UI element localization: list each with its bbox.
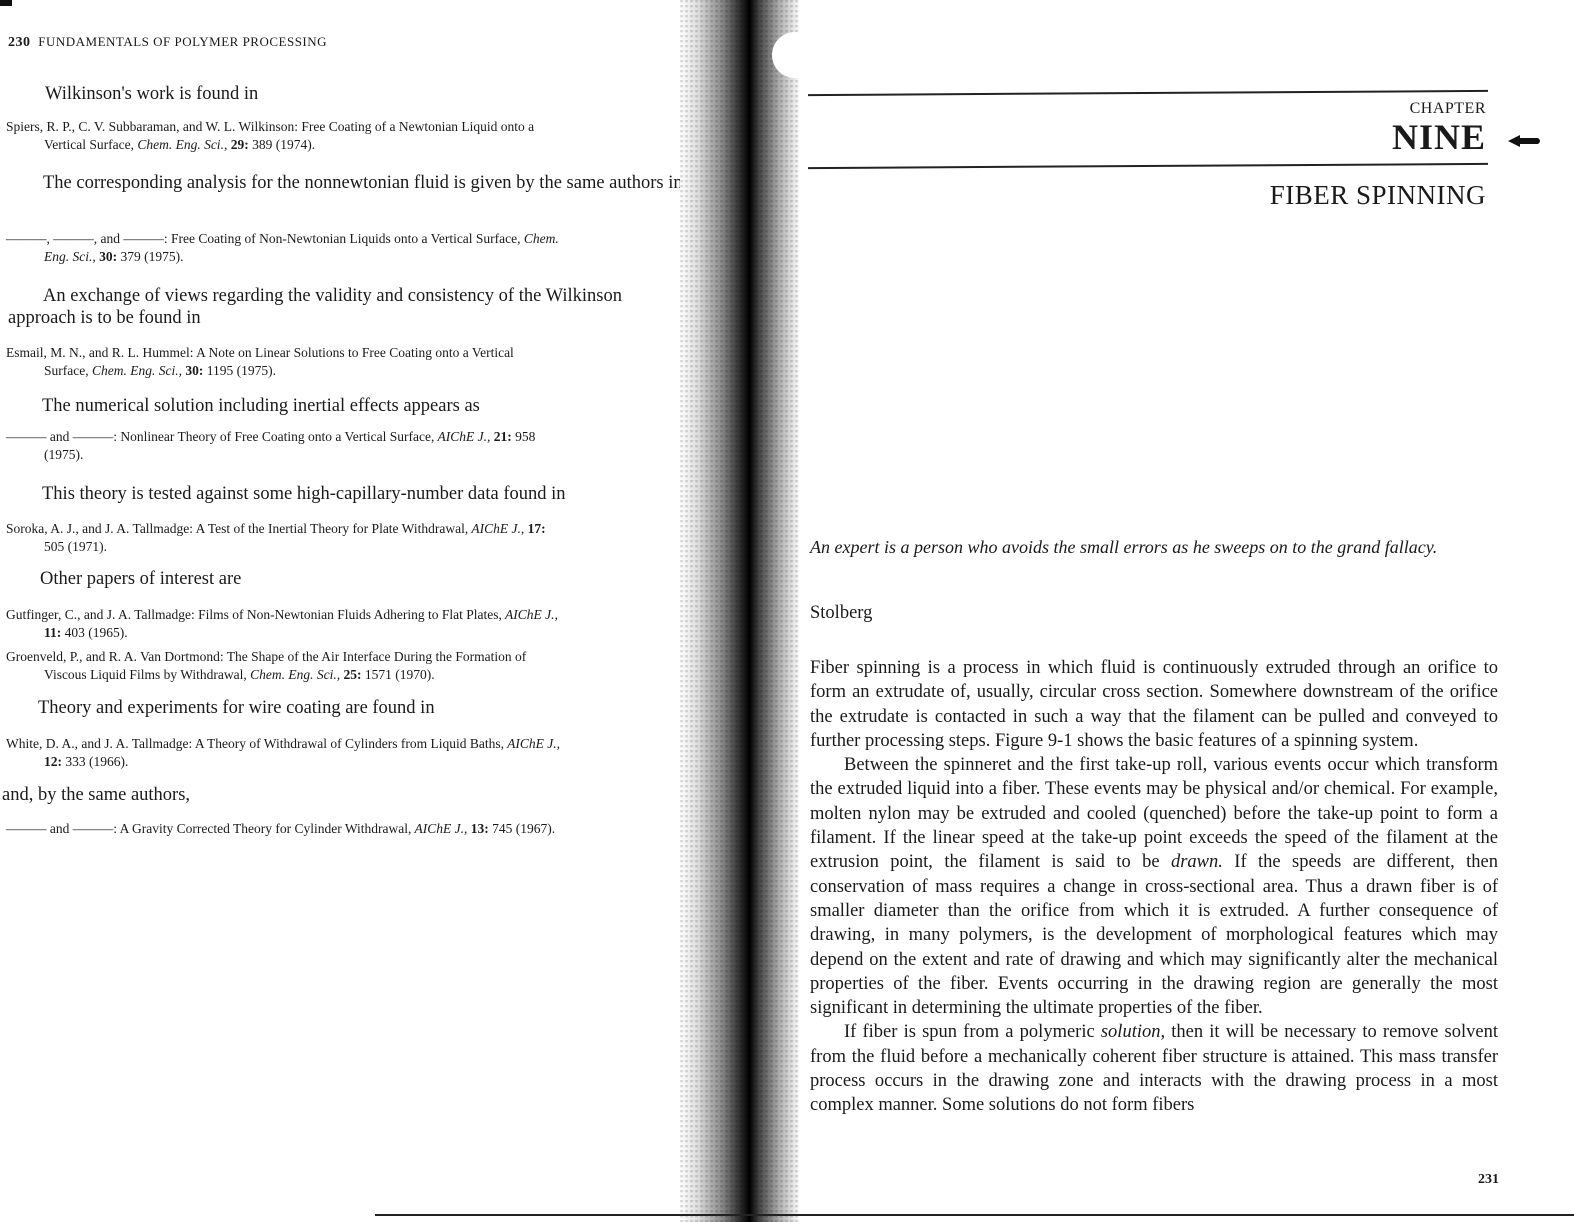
reference-line: Surface, bbox=[44, 363, 92, 378]
volume: 17: bbox=[524, 521, 545, 536]
reference-detail: 1195 (1975). bbox=[203, 363, 276, 378]
body-paragraph: The numerical solution including inertia… bbox=[42, 395, 688, 417]
reference-detail: 745 (1967). bbox=[489, 821, 555, 836]
journal-name: Eng. Sci., bbox=[44, 249, 96, 264]
bottom-rule bbox=[808, 163, 1488, 169]
reference-detail: 389 (1974). bbox=[249, 137, 315, 152]
body-paragraph: This theory is tested against some high-… bbox=[42, 483, 688, 505]
journal-name: AIChE J., bbox=[411, 821, 467, 836]
reference-detail: 403 (1965). bbox=[61, 625, 127, 640]
top-rule bbox=[808, 90, 1488, 96]
reference-entry: ——— and ———: Nonlinear Theory of Free Co… bbox=[6, 428, 690, 464]
volume: 11: bbox=[44, 625, 61, 640]
chapter-body: Fiber spinning is a process in which flu… bbox=[810, 656, 1498, 1118]
volume: 13: bbox=[467, 821, 488, 836]
body-paragraph: Theory and experiments for wire coating … bbox=[38, 697, 688, 719]
reference-line: Viscous Liquid Films by Withdrawal, bbox=[44, 667, 250, 682]
right-page: CHAPTER NINE FIBER SPINNING An expert is… bbox=[800, 0, 1574, 1222]
body-paragraph: An exchange of views regarding the valid… bbox=[8, 285, 688, 329]
journal-name: AIChE J., bbox=[502, 607, 558, 622]
text-run: If fiber is spun from a polymeric bbox=[844, 1022, 1101, 1042]
reference-entry: Groenveld, P., and R. A. Van Dortmond: T… bbox=[6, 648, 690, 684]
reference-detail: 958 bbox=[512, 429, 536, 444]
reference-entry: Soroka, A. J., and J. A. Tallmadge: A Te… bbox=[6, 520, 690, 556]
journal-name: Chem. Eng. Sci., bbox=[250, 667, 340, 682]
reference-entry: Gutfinger, C., and J. A. Tallmadge: Film… bbox=[6, 606, 690, 642]
reference-line: White, D. A., and J. A. Tallmadge: A The… bbox=[6, 736, 504, 751]
reference-line: ——— and ———: A Gravity Corrected Theory … bbox=[6, 821, 411, 836]
reference-line: Vertical Surface, bbox=[44, 137, 137, 152]
volume: 30: bbox=[182, 363, 203, 378]
reference-line: Gutfinger, C., and J. A. Tallmadge: Film… bbox=[6, 607, 502, 622]
reference-continuation: (1975). bbox=[6, 446, 690, 464]
volume: 25: bbox=[340, 667, 361, 682]
reference-line: ———, ———, and ———: Free Coating of Non-N… bbox=[6, 231, 521, 246]
reference-line: Soroka, A. J., and J. A. Tallmadge: A Te… bbox=[6, 521, 468, 536]
emphasized-term: drawn. bbox=[1171, 852, 1223, 872]
reference-continuation: Eng. Sci., 30: 379 (1975). bbox=[6, 248, 690, 266]
body-paragraph: Other papers of interest are bbox=[40, 568, 688, 590]
reference-entry: White, D. A., and J. A. Tallmadge: A The… bbox=[6, 735, 690, 771]
epigraph-author: Stolberg bbox=[810, 603, 872, 624]
reference-entry: Esmail, M. N., and R. L. Hummel: A Note … bbox=[6, 344, 690, 380]
reference-line: 505 (1971). bbox=[44, 539, 107, 554]
volume: 21: bbox=[490, 429, 511, 444]
chapter-title: FIBER SPINNING bbox=[1270, 180, 1486, 211]
reference-detail: 1571 (1970). bbox=[362, 667, 435, 682]
reference-detail: 333 (1966). bbox=[62, 754, 128, 769]
running-head: 230 FUNDAMENTALS OF POLYMER PROCESSING bbox=[8, 34, 327, 51]
journal-name: AIChE J., bbox=[434, 429, 490, 444]
chapter-number: NINE bbox=[1392, 116, 1486, 158]
body-paragraph: Fiber spinning is a process in which flu… bbox=[810, 656, 1498, 753]
reference-continuation: Viscous Liquid Films by Withdrawal, Chem… bbox=[6, 666, 690, 684]
journal-name: AIChE J., bbox=[468, 521, 524, 536]
journal-name: Chem. Eng. Sci., bbox=[92, 363, 182, 378]
body-paragraph: and, by the same authors, bbox=[2, 784, 688, 806]
reference-line: Spiers, R. P., C. V. Subbaraman, and W. … bbox=[6, 119, 534, 134]
reference-entry: ——— and ———: A Gravity Corrected Theory … bbox=[6, 820, 690, 838]
volume: 29: bbox=[227, 137, 248, 152]
left-page: 230 FUNDAMENTALS OF POLYMER PROCESSING W… bbox=[0, 0, 700, 1222]
reference-continuation: 505 (1971). bbox=[6, 538, 690, 556]
page-bottom-edge bbox=[375, 1214, 1574, 1216]
body-paragraph: If fiber is spun from a polymeric soluti… bbox=[810, 1020, 1498, 1117]
reference-continuation: Vertical Surface, Chem. Eng. Sci., 29: 3… bbox=[6, 136, 690, 154]
running-head-title: FUNDAMENTALS OF POLYMER PROCESSING bbox=[38, 34, 327, 49]
reference-continuation: Surface, Chem. Eng. Sci., 30: 1195 (1975… bbox=[6, 362, 690, 380]
page-number-right: 231 bbox=[1478, 1172, 1499, 1188]
reference-line: Esmail, M. N., and R. L. Hummel: A Note … bbox=[6, 345, 514, 360]
body-paragraph: Between the spinneret and the first take… bbox=[810, 753, 1498, 1020]
journal-name: AIChE J., bbox=[504, 736, 560, 751]
journal-name: Chem. Eng. Sci., bbox=[137, 137, 227, 152]
text-run: If the speeds are different, then conser… bbox=[810, 852, 1498, 1018]
body-paragraph: The corresponding analysis for the nonne… bbox=[8, 172, 688, 194]
reference-detail: 379 (1975). bbox=[117, 249, 183, 264]
volume: 12: bbox=[44, 754, 62, 769]
reference-line: (1975). bbox=[44, 447, 83, 462]
volume: 30: bbox=[96, 249, 117, 264]
reference-entry: Spiers, R. P., C. V. Subbaraman, and W. … bbox=[6, 118, 690, 154]
body-paragraph: Wilkinson's work is found in bbox=[45, 83, 688, 105]
journal-name: Chem. bbox=[521, 231, 559, 246]
book-spine-gutter bbox=[680, 0, 800, 1222]
text-run: Fiber spinning is a process in which flu… bbox=[810, 658, 1498, 751]
emphasized-term: solution, bbox=[1101, 1022, 1165, 1042]
reference-continuation: 12: 333 (1966). bbox=[6, 753, 690, 771]
reference-line: ——— and ———: Nonlinear Theory of Free Co… bbox=[6, 429, 434, 444]
reference-continuation: 11: 403 (1965). bbox=[6, 624, 690, 642]
reference-line: Groenveld, P., and R. A. Van Dortmond: T… bbox=[6, 649, 526, 664]
epigraph: An expert is a person who avoids the sma… bbox=[810, 535, 1500, 560]
page-number-left: 230 bbox=[8, 35, 31, 50]
reference-entry: ———, ———, and ———: Free Coating of Non-N… bbox=[6, 230, 690, 266]
arrow-marker-icon bbox=[1508, 133, 1542, 149]
